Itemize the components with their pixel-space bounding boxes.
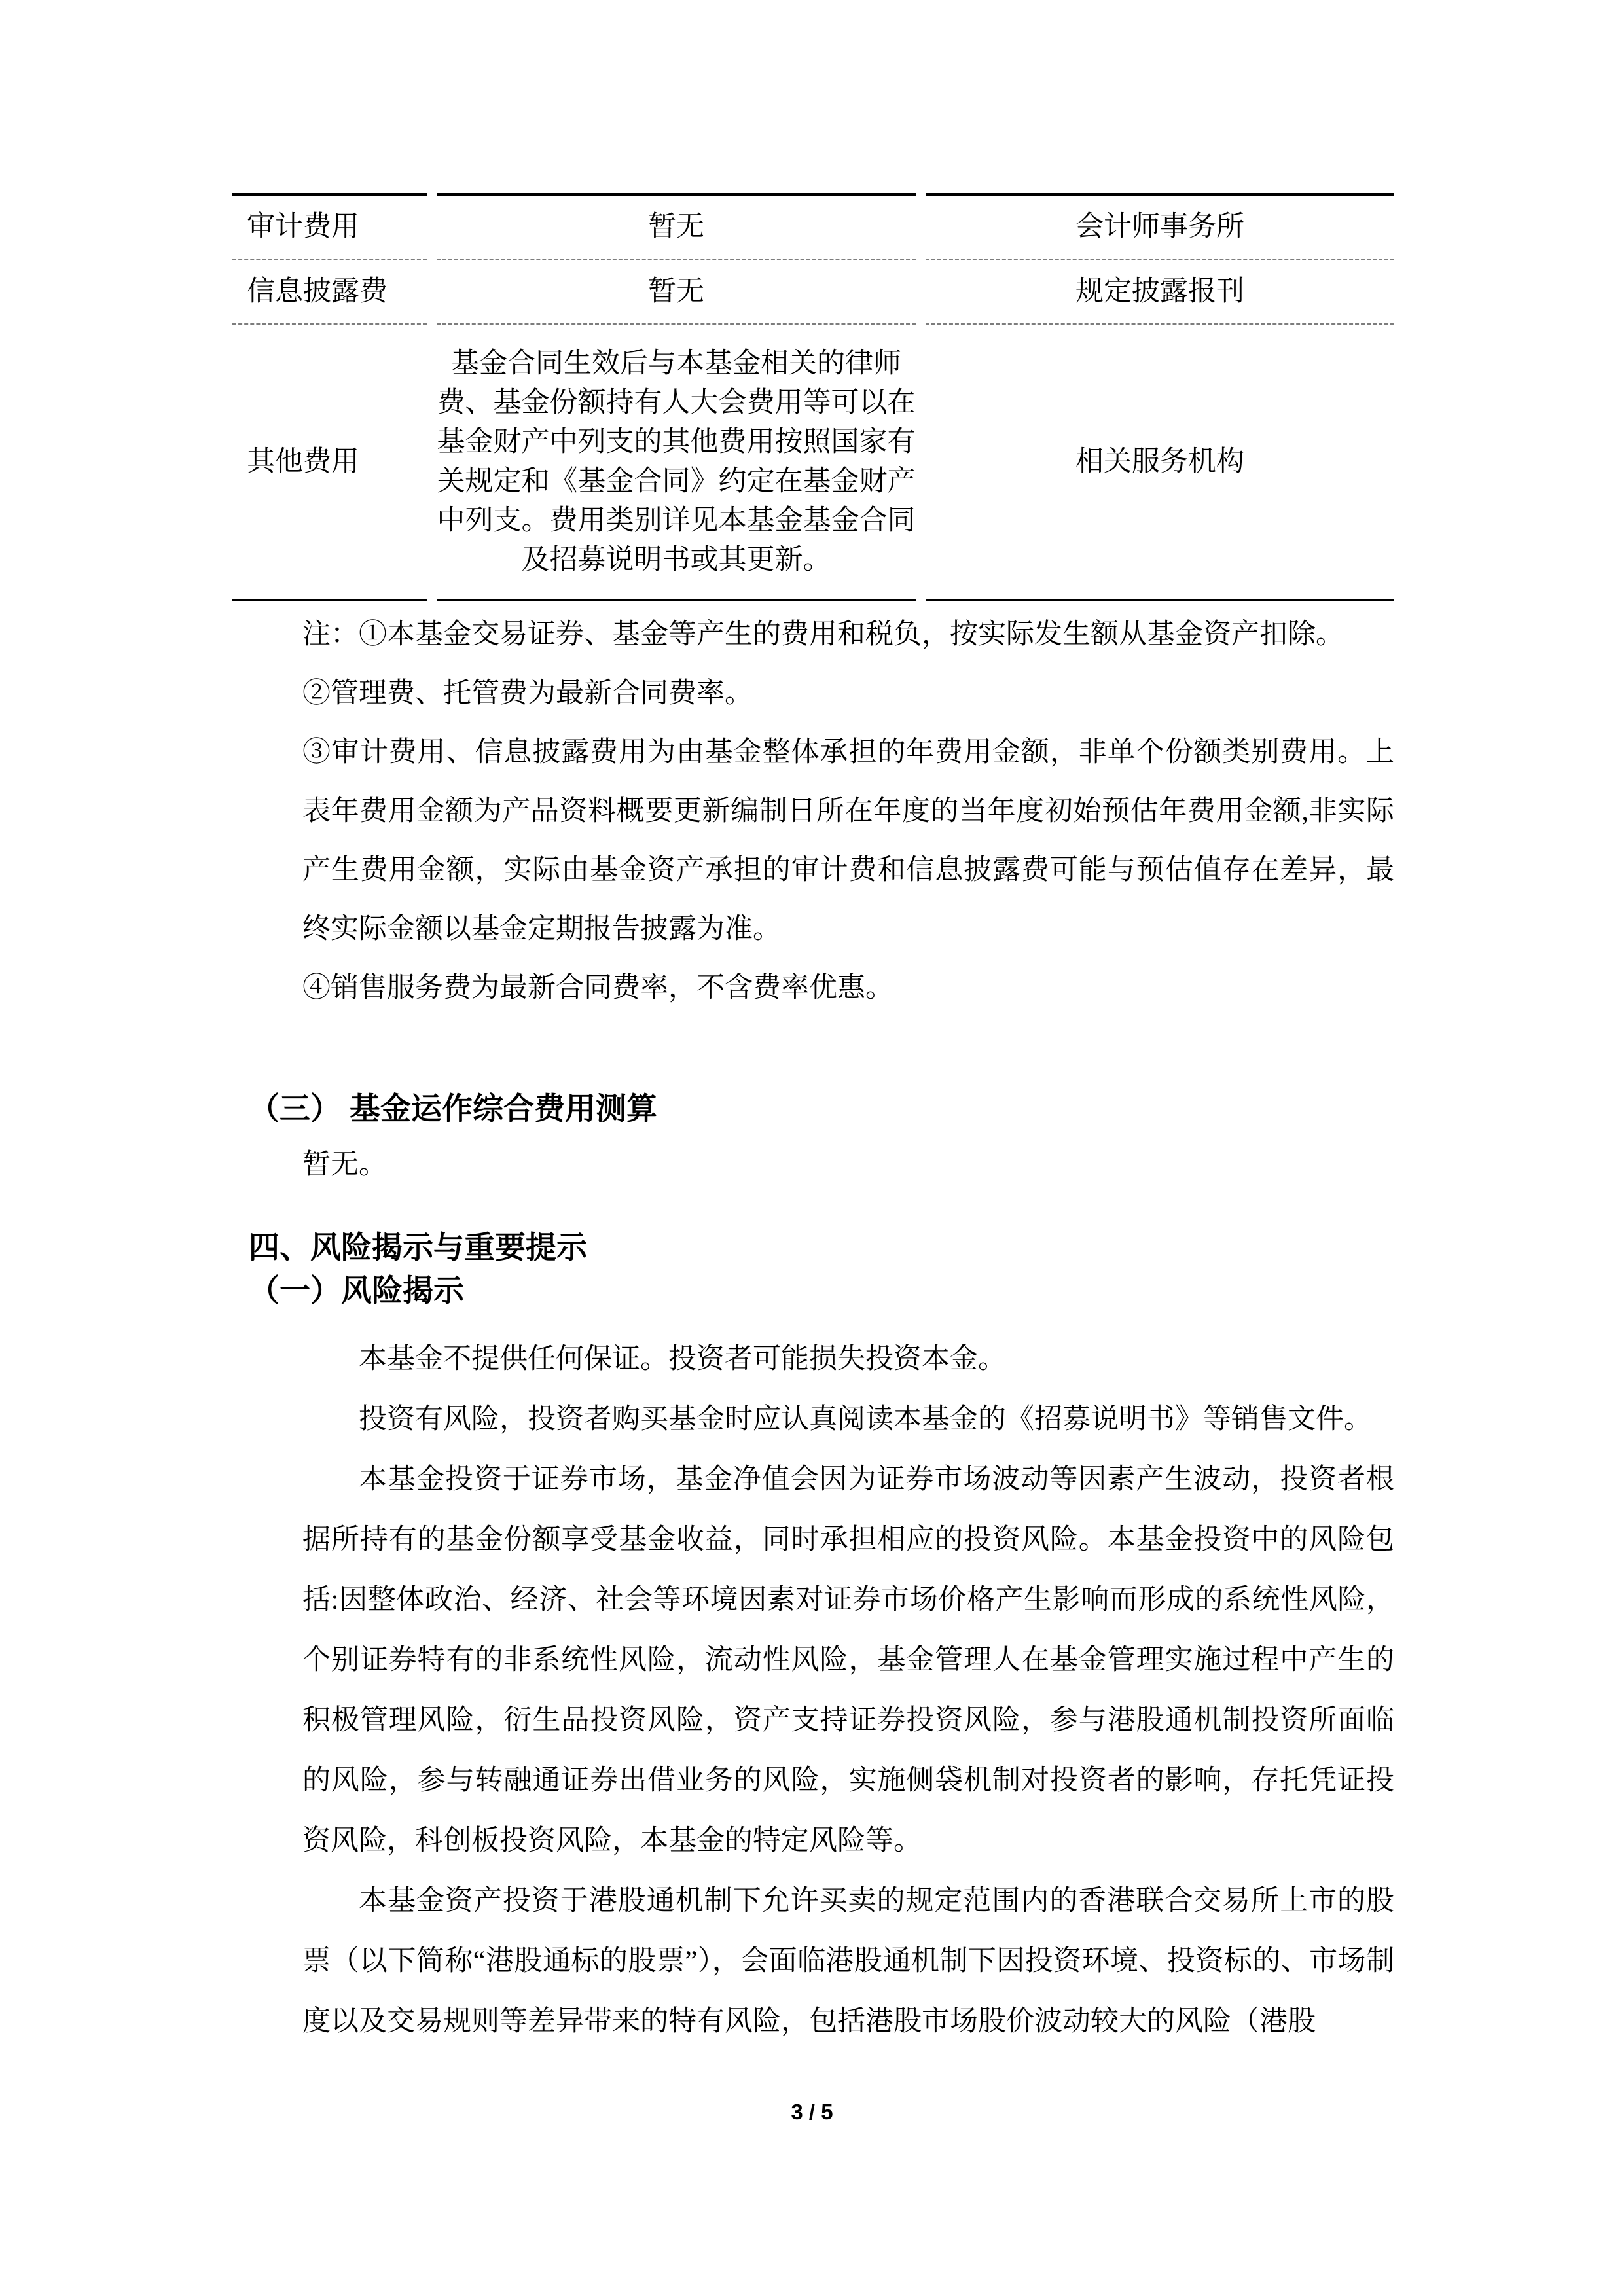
- note-paragraph-3: ③审计费用、信息披露费用为由基金整体承担的年费用金额，非单个份额类别费用。上表年…: [302, 723, 1394, 959]
- section3-body: 暂无。: [302, 1136, 1394, 1194]
- risk-paragraph-2: 投资有风险，投资者购买基金时应认真阅读本基金的《招募说明书》等销售文件。: [302, 1390, 1394, 1450]
- note-paragraph-2: ②管理费、托管费为最新合同费率。: [302, 664, 1394, 723]
- fee-row-payee: 会计师事务所: [926, 193, 1394, 260]
- fee-row-payee: 相关服务机构: [926, 325, 1394, 601]
- table-notes: 注：①本基金交易证券、基金等产生的费用和税负，按实际发生额从基金资产扣除。 ②管…: [302, 605, 1394, 1018]
- fee-row-name: 信息披露费: [232, 260, 427, 325]
- fee-row-value: 暂无: [437, 260, 916, 325]
- fee-row-name: 其他费用: [232, 325, 427, 601]
- page-number: 3 / 5: [0, 2100, 1624, 2125]
- note-paragraph-4: ④销售服务费为最新合同费率，不含费率优惠。: [302, 959, 1394, 1018]
- fee-row-value: 基金合同生效后与本基金相关的律师费、基金份额持有人大会费用等可以在基金财产中列支…: [437, 325, 916, 601]
- fee-table: 审计费用 暂无 会计师事务所 信息披露费 暂无 规定披露报刊 其他费用 基金合同…: [232, 193, 1394, 601]
- fee-row-value: 暂无: [437, 193, 916, 260]
- note-paragraph-1: 注：①本基金交易证券、基金等产生的费用和税负，按实际发生额从基金资产扣除。: [302, 605, 1394, 664]
- section3-heading: （三） 基金运作综合费用测算: [249, 1090, 1394, 1128]
- fee-row-name: 审计费用: [232, 193, 427, 260]
- section4-heading: 四、风险揭示与重要提示: [249, 1229, 1394, 1266]
- fee-row-payee: 规定披露报刊: [926, 260, 1394, 325]
- page-content: 审计费用 暂无 会计师事务所 信息披露费 暂无 规定披露报刊 其他费用 基金合同…: [302, 0, 1394, 2052]
- risk-paragraph-1: 本基金不提供任何保证。投资者可能损失投资本金。: [302, 1329, 1394, 1390]
- risk-paragraph-4: 本基金资产投资于港股通机制下允许买卖的规定范围内的香港联合交易所上市的股票（以下…: [302, 1871, 1394, 2052]
- risk-disclosure-paragraphs: 本基金不提供任何保证。投资者可能损失投资本金。 投资有风险，投资者购买基金时应认…: [302, 1329, 1394, 2052]
- document-page: 审计费用 暂无 会计师事务所 信息披露费 暂无 规定披露报刊 其他费用 基金合同…: [0, 0, 1624, 2296]
- risk-paragraph-3: 本基金投资于证券市场，基金净值会因为证券市场波动等因素产生波动，投资者根据所持有…: [302, 1450, 1394, 1871]
- section4-sub1-heading: （一）风险揭示: [249, 1272, 1394, 1310]
